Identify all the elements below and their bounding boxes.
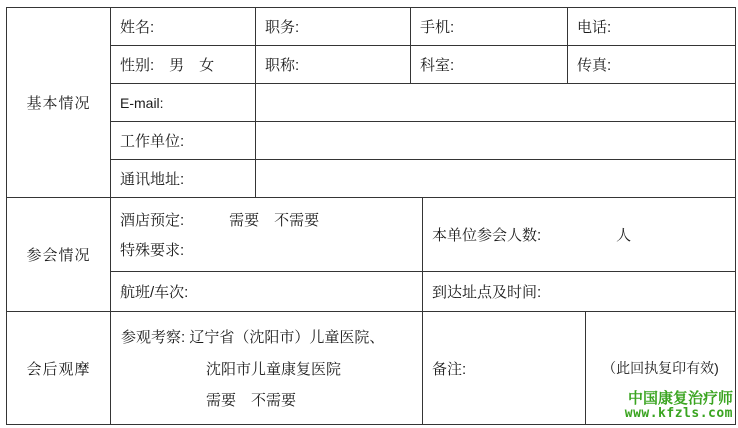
visit-line-3: 需要 不需要 [111, 389, 422, 410]
copy-valid-note-cell: （此回执复印有效) [586, 312, 735, 424]
field-department-cell: 科室: [411, 46, 568, 84]
field-gender-cell: 性别: 男 女 [111, 46, 256, 84]
field-phone-cell: 电话: [568, 8, 735, 46]
field-fax-cell: 传真: [568, 46, 735, 84]
section-basic-info: 基本情况 姓名: 职务: 手机: 电话: 性别: 男 女 职称: 科室: 传真:… [7, 8, 735, 198]
visit-inspection-cell: 参观考察: 辽宁省（沈阳市）儿童医院、 沈阳市儿童康复医院 需要 不需要 [111, 312, 423, 424]
visit-line-2: 沈阳市儿童康复医院 [111, 358, 422, 379]
field-workunit-value-area [256, 122, 735, 160]
section-attendance: 参会情况 酒店预定: 需要 不需要 特殊要求: 本单位参会人数: 人 航班/车次… [7, 198, 735, 312]
section-label-basic-info: 基本情况 [7, 8, 111, 198]
field-workunit-label-cell: 工作单位: [111, 122, 256, 160]
field-mobile-cell: 手机: [411, 8, 568, 46]
field-address-value-area [256, 160, 735, 198]
hotel-special-cell: 酒店预定: 需要 不需要 特殊要求: [111, 198, 423, 272]
hotel-reservation-line: 酒店预定: 需要 不需要 [111, 209, 422, 230]
section-observation: 会后观摩 参观考察: 辽宁省（沈阳市）儿童医院、 沈阳市儿童康复医院 需要 不需… [7, 312, 735, 424]
field-name-cell: 姓名: [111, 8, 256, 46]
flight-train-cell: 航班/车次: [111, 272, 423, 312]
field-position-cell: 职务: [256, 8, 411, 46]
remarks-cell: 备注: [423, 312, 586, 424]
visit-line-1: 参观考察: 辽宁省（沈阳市）儿童医院、 [111, 326, 422, 347]
arrival-place-time-cell: 到达址点及时间: [423, 272, 735, 312]
field-address-label-cell: 通讯地址: [111, 160, 256, 198]
section-label-observation: 会后观摩 [7, 312, 111, 424]
field-title-cell: 职称: [256, 46, 411, 84]
attendee-count-cell: 本单位参会人数: 人 [423, 198, 735, 272]
section-label-attendance: 参会情况 [7, 198, 111, 312]
field-email-value-area [256, 84, 735, 122]
registration-form-table: 基本情况 姓名: 职务: 手机: 电话: 性别: 男 女 职称: 科室: 传真:… [6, 7, 736, 425]
field-email-label-cell: E-mail: [111, 84, 256, 122]
special-request-line: 特殊要求: [111, 239, 422, 260]
